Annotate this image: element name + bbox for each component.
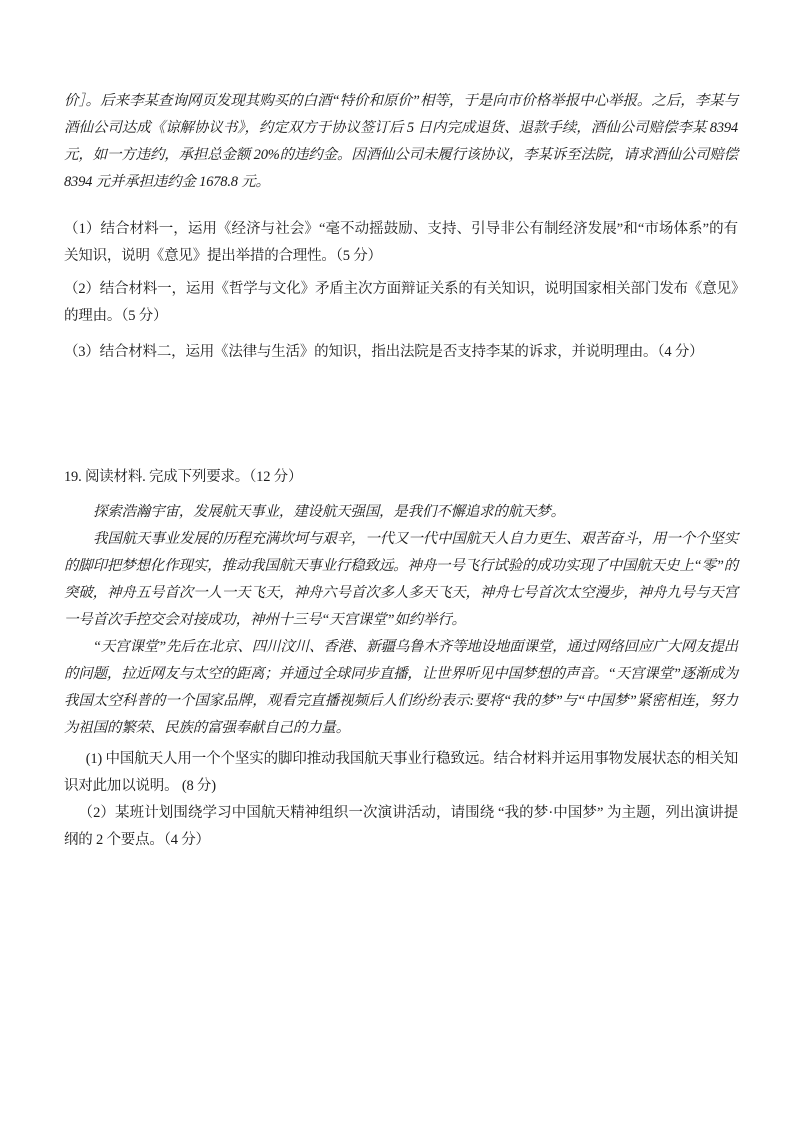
exam-paper-page: 价］。后来李某查询网页发现其购买的白酒“特价和原价”相等，于是向市价格举报中心举… <box>0 0 800 1131</box>
q18-sub-question-1: （1）结合材料一，运用《经济与社会》“毫不动摇鼓励、支持、引导非公有制经济发展”… <box>64 216 738 270</box>
q19-question-number-and-stem: 19. 阅读材料. 完成下列要求。（12 分） <box>64 464 738 491</box>
q19-material-paragraph-2: 我国航天事业发展的历程充满坎坷与艰辛，一代又一代中国航天人自力更生、艰苦奋斗，用… <box>64 526 738 634</box>
page-content: 价］。后来李某查询网页发现其购买的白酒“特价和原价”相等，于是向市价格举报中心举… <box>64 88 738 854</box>
q19-sub-question-2: （2）某班计划围绕学习中国航天精神组织一次演讲活动，请围绕 “我的梦·中国梦” … <box>64 800 738 854</box>
q19-sub-question-1: (1) 中国航天人用一个个坚实的脚印推动我国航天事业行稳致远。结合材料并运用事物… <box>64 746 738 800</box>
q19-material-paragraph-1: 探索浩瀚宇宙，发展航天事业，建设航天强国，是我们不懈追求的航天梦。 <box>64 499 738 526</box>
q18-material-continuation: 价］。后来李某查询网页发现其购买的白酒“特价和原价”相等，于是向市价格举报中心举… <box>64 88 738 196</box>
q19-material-paragraph-3: “天宫课堂”先后在北京、四川汶川、香港、新疆乌鲁木齐等地设地面课堂，通过网络回应… <box>64 634 738 742</box>
q18-sub-question-2: （2）结合材料一，运用《哲学与文化》矛盾主次方面辩证关系的有关知识，说明国家相关… <box>64 276 738 330</box>
q18-sub-question-3: （3）结合材料二，运用《法律与生活》的知识，指出法院是否支持李某的诉求，并说明理… <box>64 339 738 366</box>
